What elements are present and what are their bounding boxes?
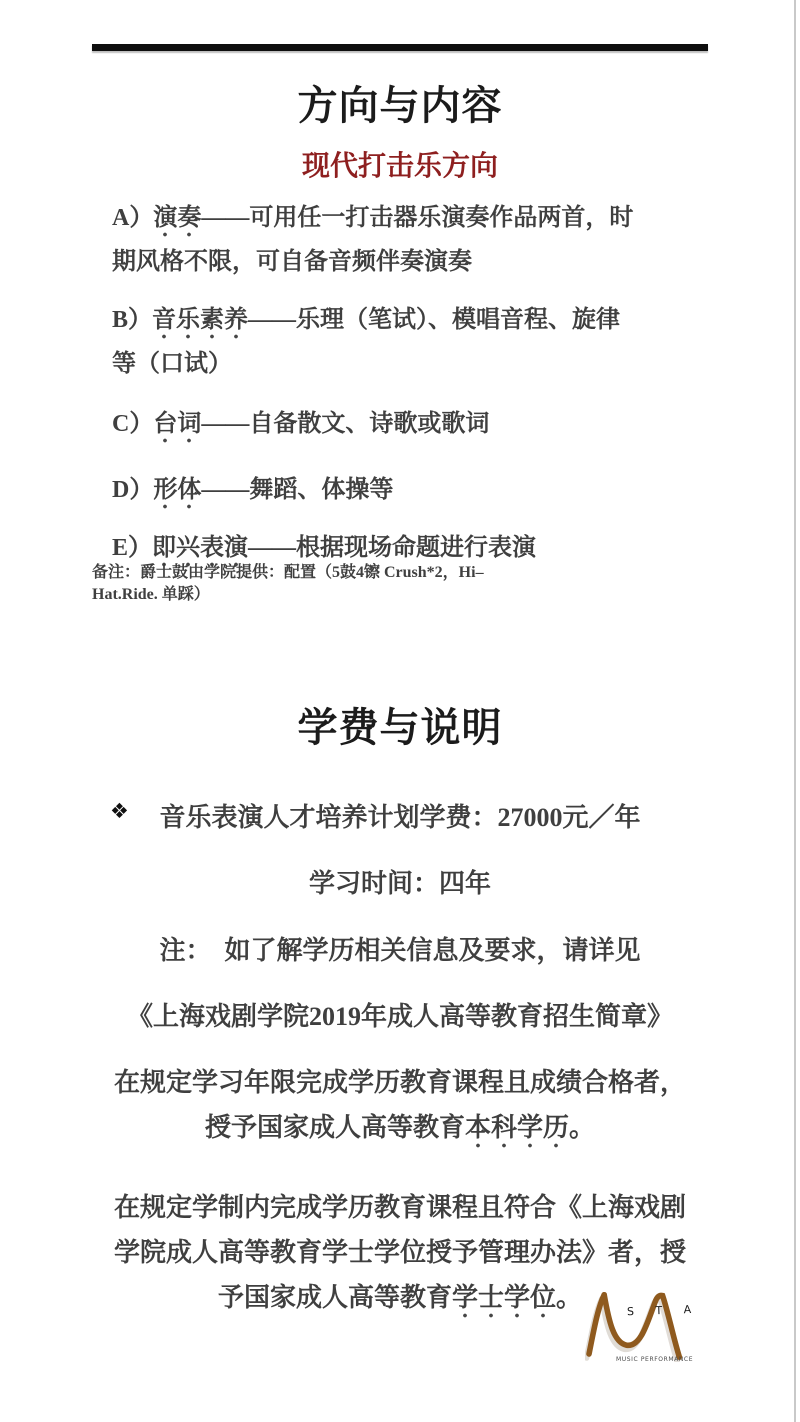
paragraph-text: 在规定学习年限完成学历教育课程且成绩合格者，授予国家成人高等教育 xyxy=(114,1068,686,1142)
item-prefix: C） xyxy=(112,411,153,437)
paragraph-text: 。 xyxy=(569,1113,595,1142)
paragraph-keyword: 学士学位 xyxy=(452,1283,556,1319)
degree-paragraph: 在规定学习年限完成学历教育课程且成绩合格者，授予国家成人高等教育本科学历。 xyxy=(107,1060,693,1150)
item-text: ——舞蹈、体操等 xyxy=(201,477,393,503)
logo-caption: MUSIC PERFORMANCE xyxy=(616,1356,693,1363)
top-divider xyxy=(92,44,708,51)
item-text: ——根据现场命题进行表演 xyxy=(248,535,536,561)
fee-row: ❖ 音乐表演人才培养计划学费：27000元／年 xyxy=(0,797,800,834)
section-title-direction: 方向与内容 xyxy=(0,74,800,131)
diamond-bullet-icon: ❖ xyxy=(110,799,129,823)
exam-item-list: A）演奏——可用任一打击器乐演奏作品两首，时期风格不限，可自备音频伴奏演奏 B）… xyxy=(112,196,642,584)
note-line-2: Hat.Ride. 单踩） xyxy=(92,586,210,603)
item-keyword: 演奏 xyxy=(153,205,201,238)
item-keyword: 音乐素养 xyxy=(152,307,248,340)
duration-line: 学习时间：四年 xyxy=(0,863,800,900)
item-prefix: A） xyxy=(112,205,153,231)
paragraph-keyword: 本科学历 xyxy=(465,1113,569,1149)
exam-item-a: A）演奏——可用任一打击器乐演奏作品两首，时期风格不限，可自备音频伴奏演奏 xyxy=(112,196,642,284)
item-prefix: D） xyxy=(112,477,153,503)
note-line-1: 备注：爵士鼓由学院提供：配置（5鼓4镲 Crush*2，Hi– xyxy=(92,564,484,581)
document-page: 方向与内容 现代打击乐方向 A）演奏——可用任一打击器乐演奏作品两首，时期风格不… xyxy=(0,0,800,1422)
drum-config-note: 备注：爵士鼓由学院提供：配置（5鼓4镲 Crush*2，Hi–Hat.Ride.… xyxy=(92,562,692,606)
exam-item-b: B）音乐素养——乐理（笔试）、模唱音程、旋律等（口试） xyxy=(112,298,642,386)
paragraph-text: 。 xyxy=(556,1283,582,1312)
item-prefix: E） xyxy=(112,535,152,561)
exam-item-c: C）台词——自备散文、诗歌或歌词 xyxy=(112,402,642,446)
item-keyword: 形体 xyxy=(153,477,201,510)
qualification-note-line: 注： 如了解学历相关信息及要求，请详见 xyxy=(0,930,800,967)
logo-m-swoosh xyxy=(585,1290,689,1362)
item-text: ——自备散文、诗歌或歌词 xyxy=(201,411,489,437)
logo-letters: S T A xyxy=(627,1303,701,1319)
item-keyword: 台词 xyxy=(153,411,201,444)
section-title-tuition: 学费与说明 xyxy=(0,696,800,753)
exam-item-d: D）形体——舞蹈、体操等 xyxy=(112,468,642,512)
item-prefix: B） xyxy=(112,307,152,333)
subtitle-percussion: 现代打击乐方向 xyxy=(0,144,800,184)
sta-logo: S T A MUSIC PERFORMANCE xyxy=(585,1290,715,1382)
brochure-title-line: 《上海戏剧学院2019年成人高等教育招生简章》 xyxy=(0,996,800,1033)
fee-text: 音乐表演人才培养计划学费：27000元／年 xyxy=(159,803,640,832)
